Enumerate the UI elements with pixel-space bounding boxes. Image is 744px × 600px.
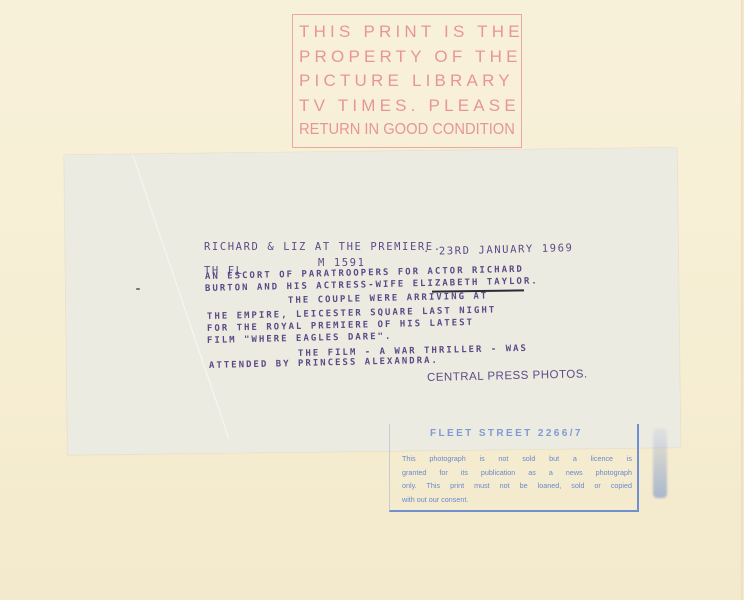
licence-stamp-line: granted for its publication as a news ph…: [402, 466, 632, 480]
caption-ref-number: M 1591: [318, 257, 366, 269]
ownership-stamp-line: THIS PRINT IS THE: [299, 20, 511, 45]
ink-smudge: [653, 428, 667, 498]
licence-stamp: FLEET STREET 2266/7 This photograph is n…: [389, 424, 639, 512]
ownership-stamp-line: TV TIMES. PLEASE: [299, 94, 511, 119]
licence-stamp-body: This photograph is not sold but a licenc…: [402, 452, 632, 506]
caption-headline: RICHARD & LIZ AT THE PREMIERE.: [204, 241, 442, 253]
licence-stamp-title: FLEET STREET 2266/7: [430, 428, 583, 439]
photo-verso-page: THIS PRINT IS THE PROPERTY OF THE PICTUR…: [0, 0, 744, 600]
ownership-stamp: THIS PRINT IS THE PROPERTY OF THE PICTUR…: [292, 14, 522, 148]
ownership-stamp-line: PROPERTY OF THE: [299, 45, 511, 70]
licence-stamp-line: only. This print must not be loaned, sol…: [402, 479, 632, 493]
licence-stamp-line: This photograph is not sold but a licenc…: [402, 452, 632, 466]
licence-stamp-line: with out our consent.: [402, 493, 632, 507]
paper-speck: [136, 288, 140, 290]
paper-crease: [132, 154, 229, 438]
ownership-stamp-line: PICTURE LIBRARY: [299, 69, 511, 94]
ownership-stamp-line: RETURN IN GOOD CONDITION: [299, 118, 512, 143]
